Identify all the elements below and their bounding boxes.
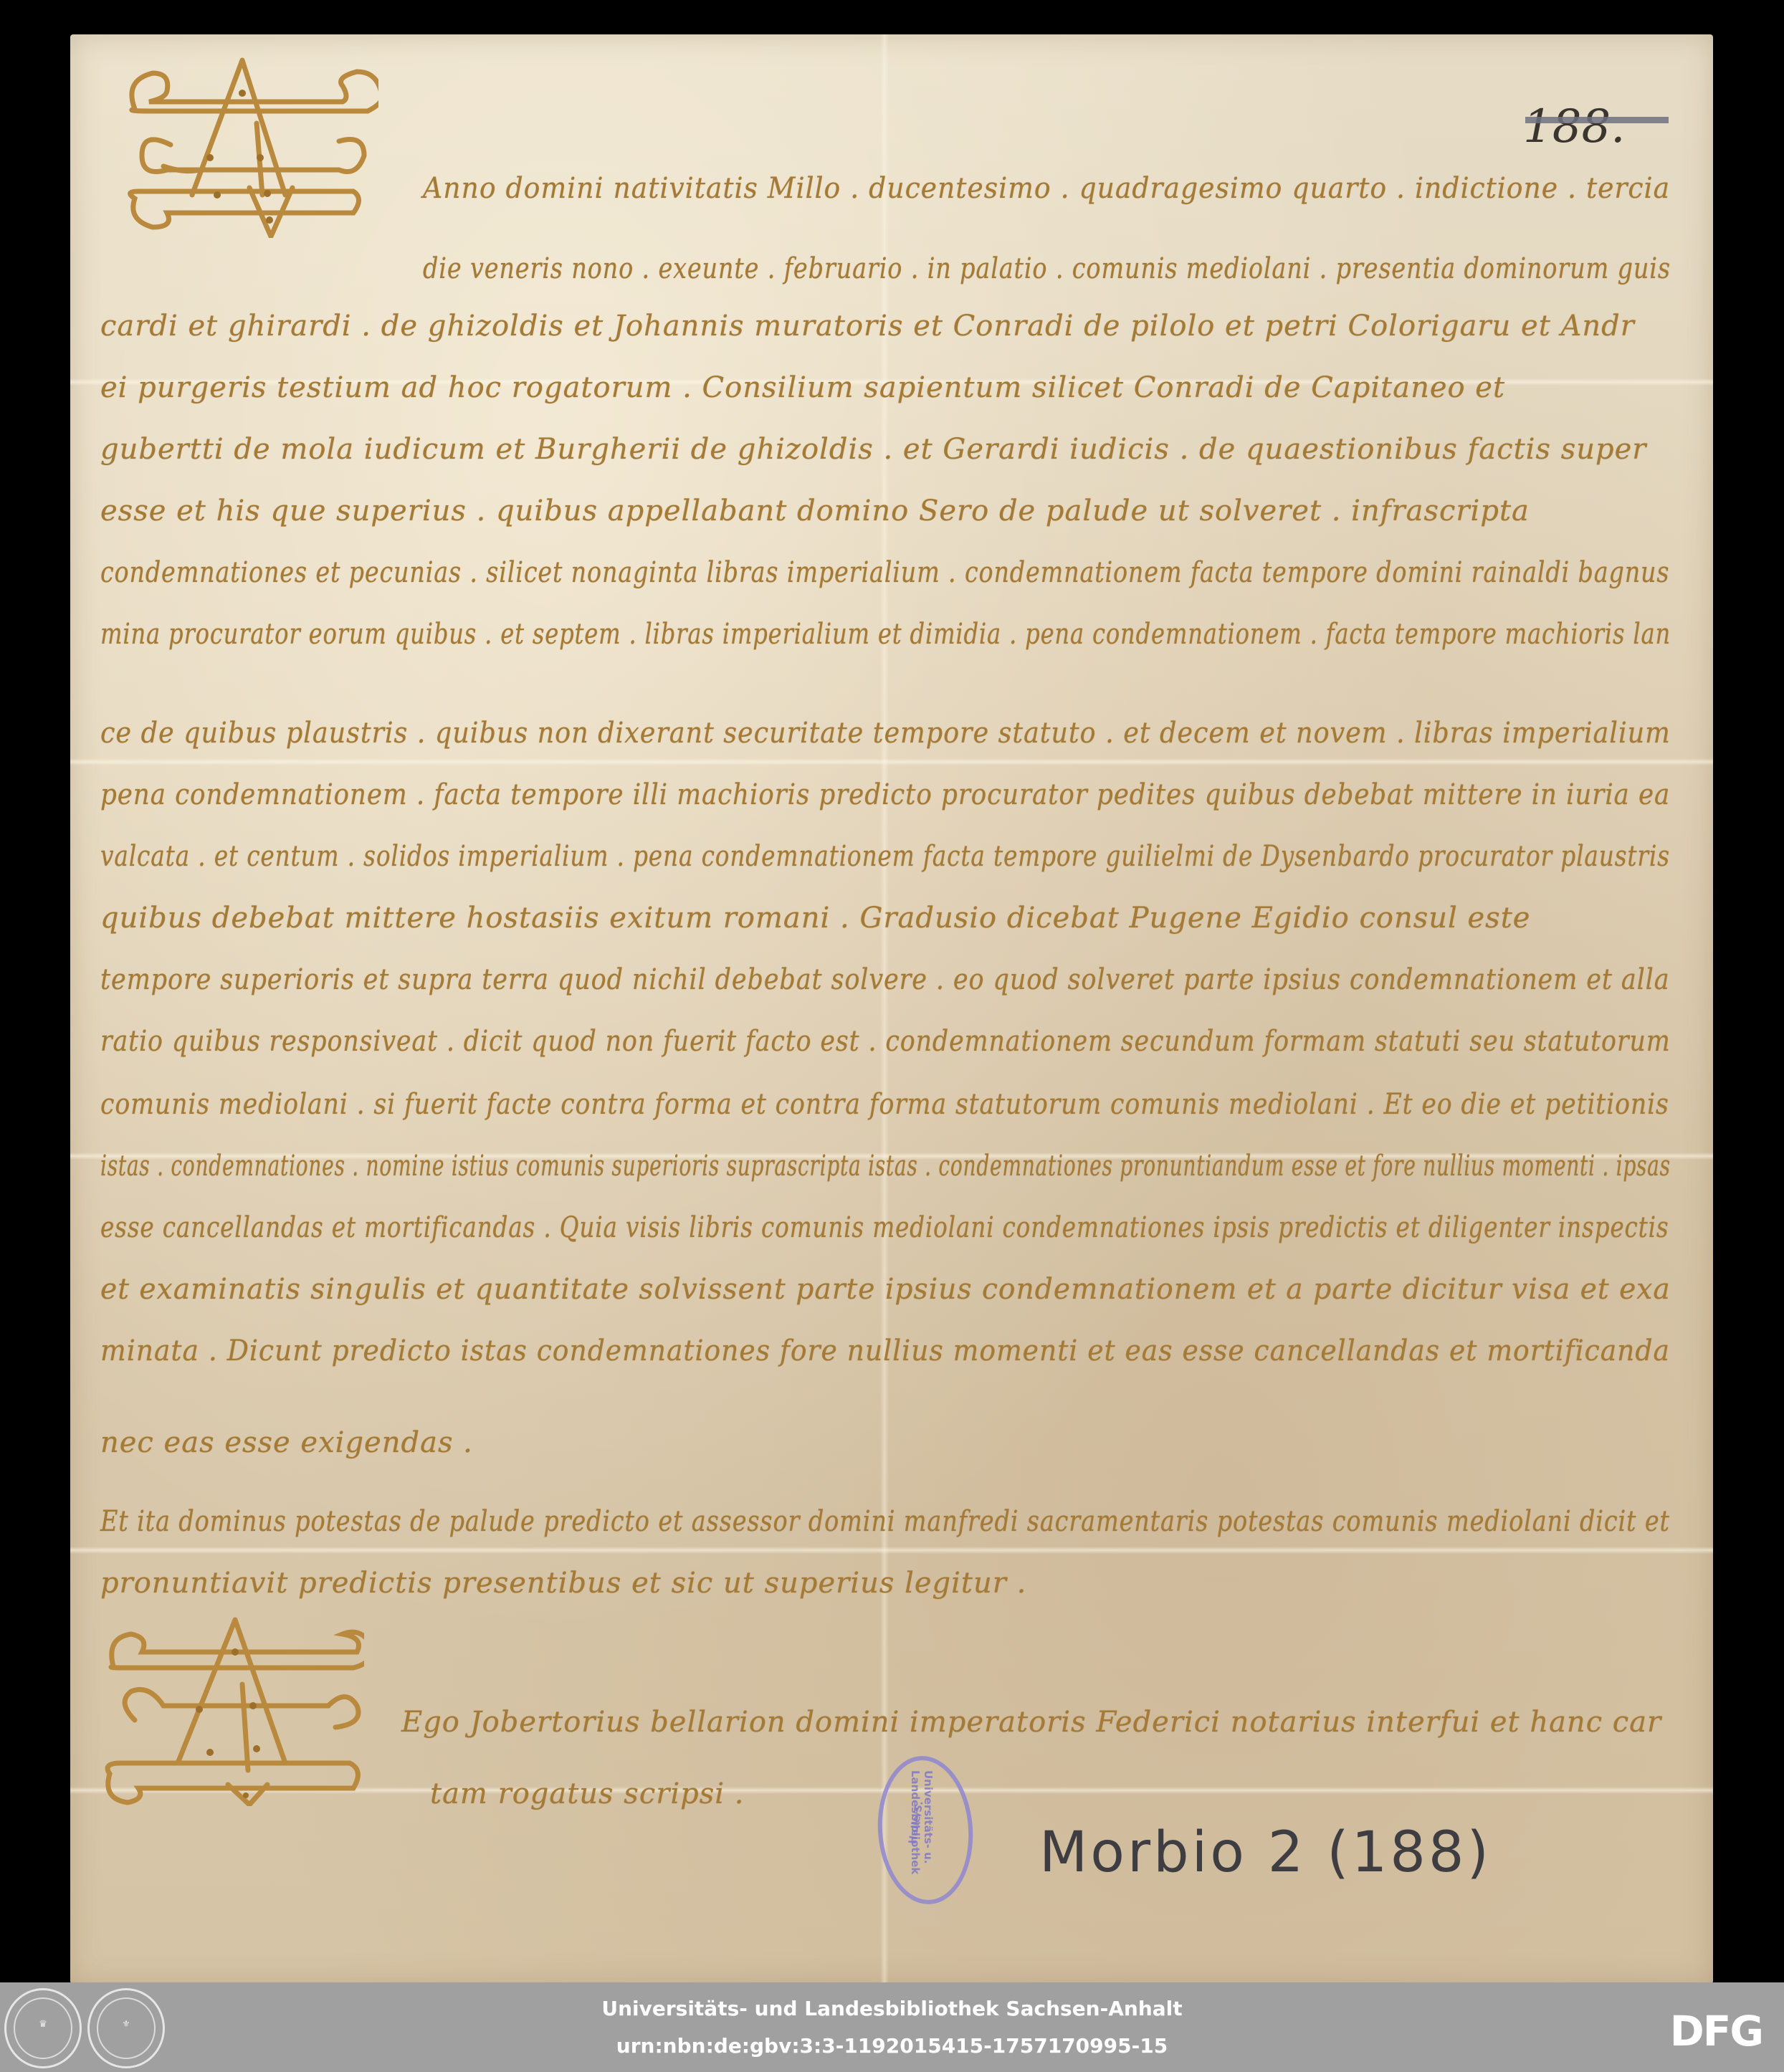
subscription-line: tam rogatus scripsi . [430, 1777, 745, 1810]
text-line: Et ita dominus potestas de palude predic… [100, 1505, 1670, 1538]
text-line: condemnationes et pecunias . silicet non… [100, 556, 1669, 589]
text-line: valcata . et centum . solidos imperialiu… [100, 840, 1670, 873]
folio-strike-line [1525, 117, 1669, 123]
text-line: esse et his que superius . quibus appell… [100, 495, 1530, 527]
text-line: die veneris nono . exeunte . februario .… [423, 252, 1671, 285]
institution-name: Universitäts- und Landesbibliothek Sachs… [0, 1997, 1784, 2020]
text-line: esse cancellandas et mortificandas . Qui… [100, 1211, 1669, 1244]
text-line: pronuntiavit predictis presentibus et si… [100, 1567, 1026, 1600]
notary-signet-icon [106, 52, 378, 238]
text-line: comunis mediolani . si fuerit facte cont… [100, 1088, 1669, 1121]
notary-signet-subscription-icon [92, 1613, 364, 1806]
text-line: et examinatis singulis et quantitate sol… [100, 1273, 1671, 1306]
text-line: minata . Dicunt predicto istas condemnat… [100, 1335, 1670, 1367]
text-line: Anno domini nativitatis Millo . ducentes… [423, 172, 1575, 205]
text-line: pena condemnationem . facta tempore illi… [100, 778, 1670, 811]
shelfmark: Morbio 2 (188) [1039, 1820, 1492, 1885]
fold-crease [70, 1547, 1713, 1554]
text-line: nec eas esse exigendas . [100, 1426, 473, 1459]
text-line: cardi et ghirardi . de ghizoldis et Joha… [100, 310, 1635, 343]
text-line: ce de quibus plaustris . quibus non dixe… [100, 717, 1671, 750]
library-footer: ♛ ⚜ Universitäts- und Landesbibliothek S… [0, 1982, 1784, 2072]
text-line: istas . condemnationes . nomine istius c… [100, 1150, 1671, 1183]
text-line: quibus debebat mittere hostasiis exitum … [100, 902, 1530, 935]
text-line: ei purgeris testium ad hoc rogatorum . C… [100, 371, 1505, 404]
subscription-line: Ego Jobertorius bellarion domini imperat… [401, 1706, 1661, 1739]
dfg-logo: DFG [1670, 2007, 1762, 2056]
fold-crease [70, 758, 1713, 765]
text-line: gubertti de mola iudicum et Burgherii de… [100, 433, 1646, 466]
urn-identifier[interactable]: urn:nbn:de:gbv:3:3-1192015415-1757170995… [0, 2034, 1784, 2058]
text-line: tempore superioris et supra terra quod n… [100, 963, 1670, 996]
text-line: mina procurator eorum quibus . et septem… [100, 618, 1671, 651]
text-line: ratio quibus responsiveat . dicit quod n… [100, 1025, 1671, 1058]
folio-number: 188. [1523, 100, 1626, 153]
